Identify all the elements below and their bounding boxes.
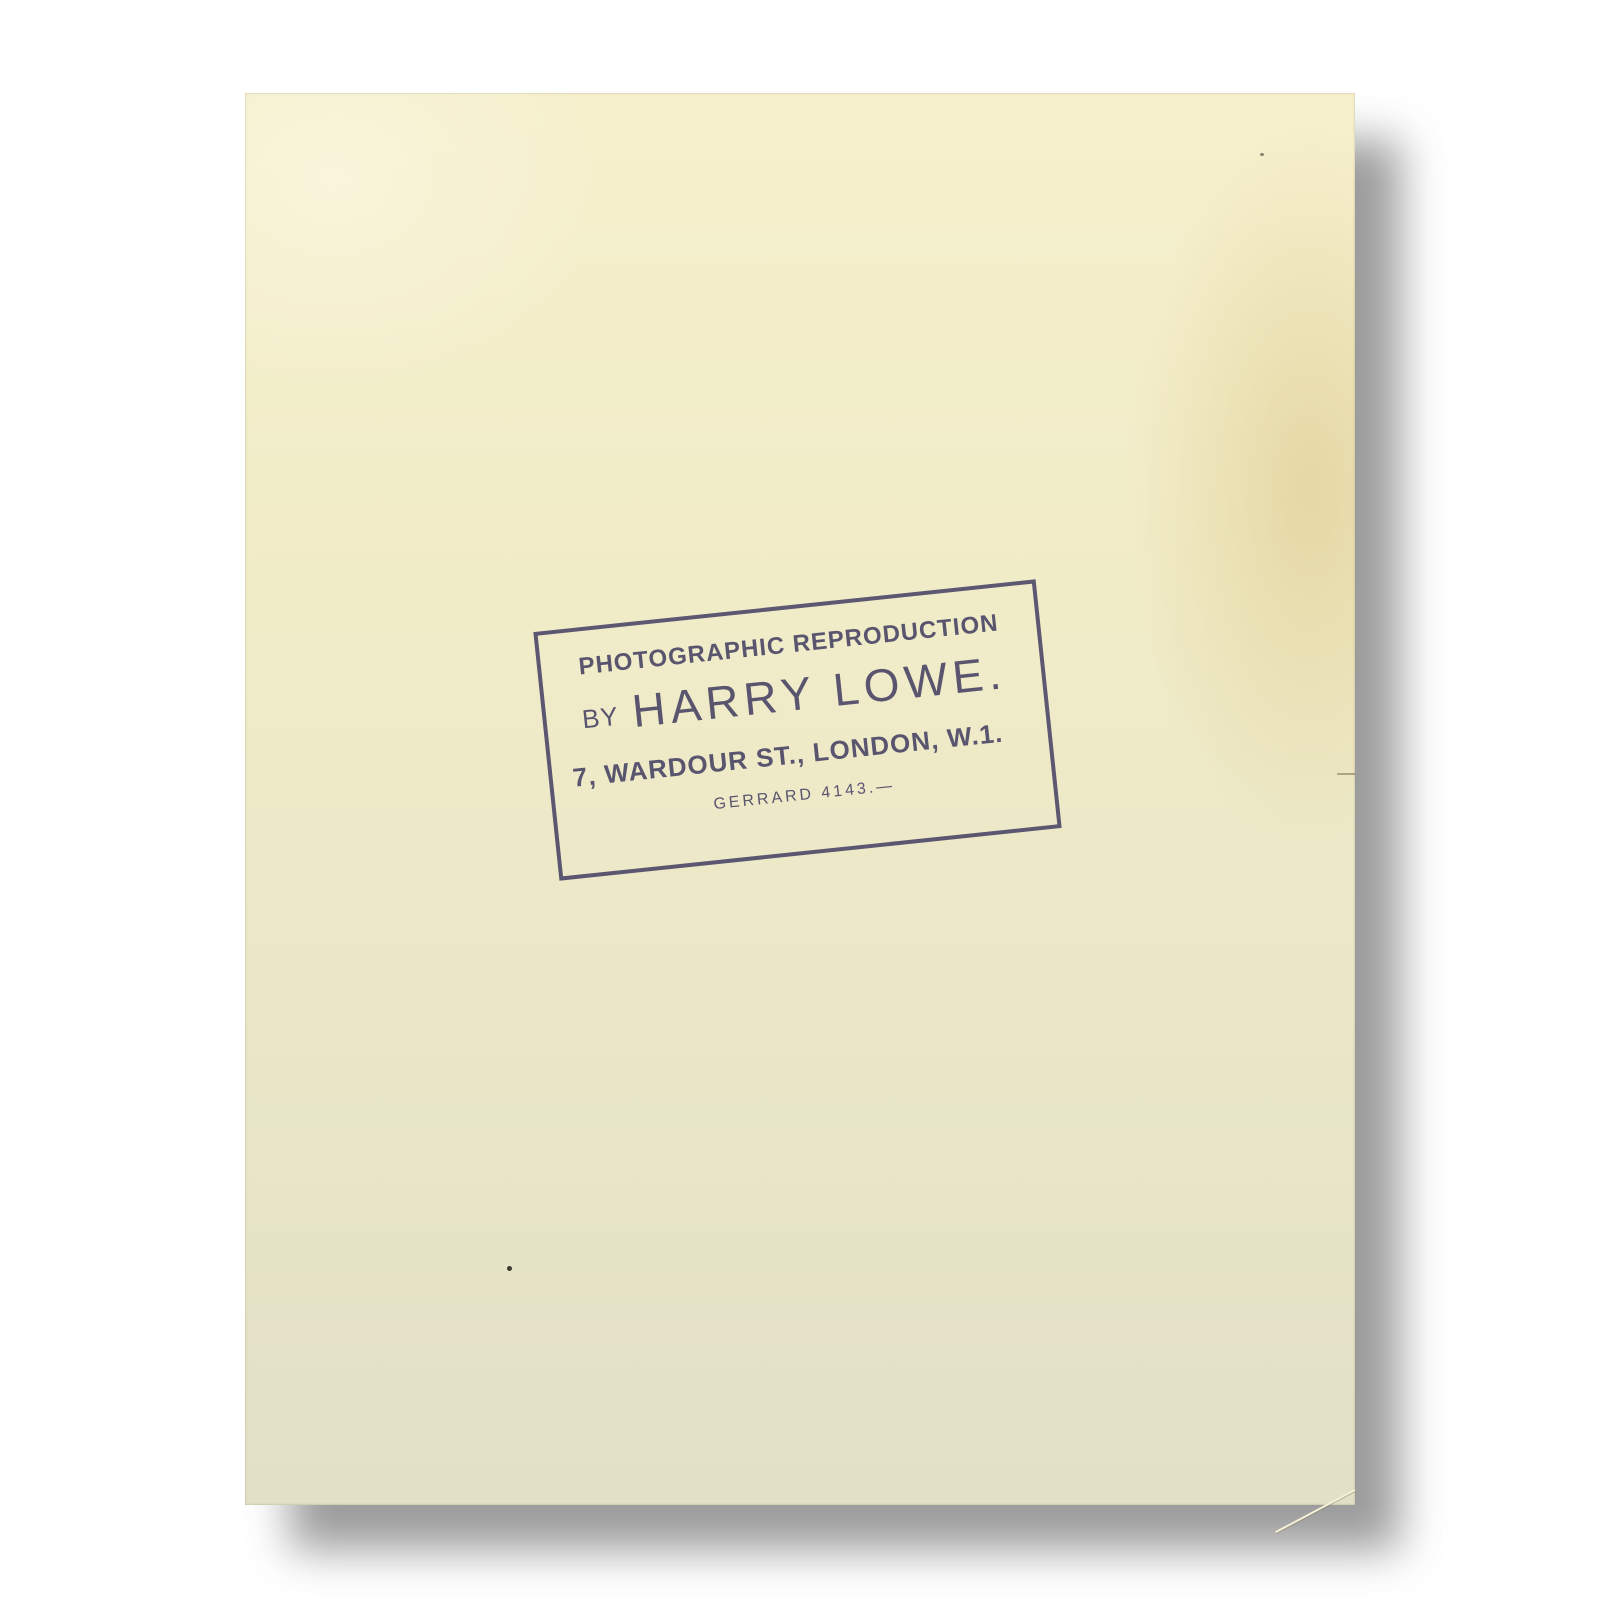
stamp-by: BY: [581, 701, 621, 735]
edge-crease: [1337, 773, 1355, 775]
ink-speck: [507, 1266, 512, 1271]
ink-speck: [1260, 153, 1264, 156]
photographer-stamp: PHOTOGRAPHIC REPRODUCTION BYHARRY LOWE. …: [533, 579, 1061, 880]
